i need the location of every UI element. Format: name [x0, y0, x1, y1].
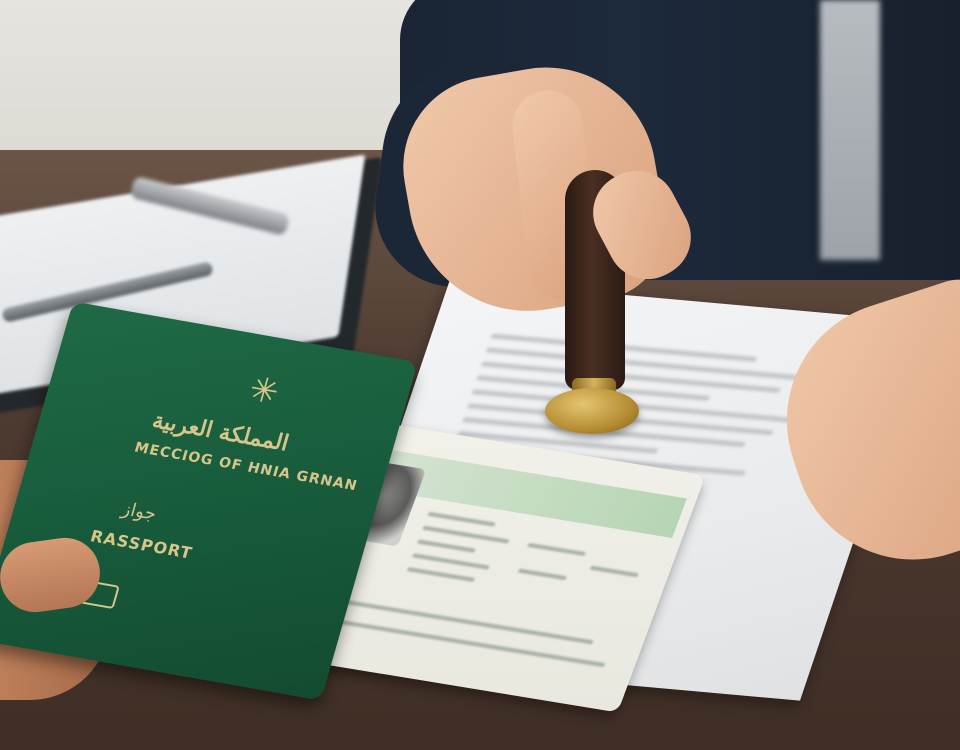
shirt-collar [820, 0, 880, 260]
photo-scene: ✳ ﺍﻟﻤﻤﻠﻜﺔ ﺍﻟﻌﺮﺑﻴﺔ MECCIOG OF HNIA GRNAN … [0, 0, 960, 750]
stamp-base [545, 388, 639, 434]
passport-title: RASSPORT [88, 526, 195, 562]
passport-script-line-2: ﺟﻮﺍﺯ [119, 499, 158, 525]
palm-emblem-icon: ✳ [244, 369, 283, 413]
